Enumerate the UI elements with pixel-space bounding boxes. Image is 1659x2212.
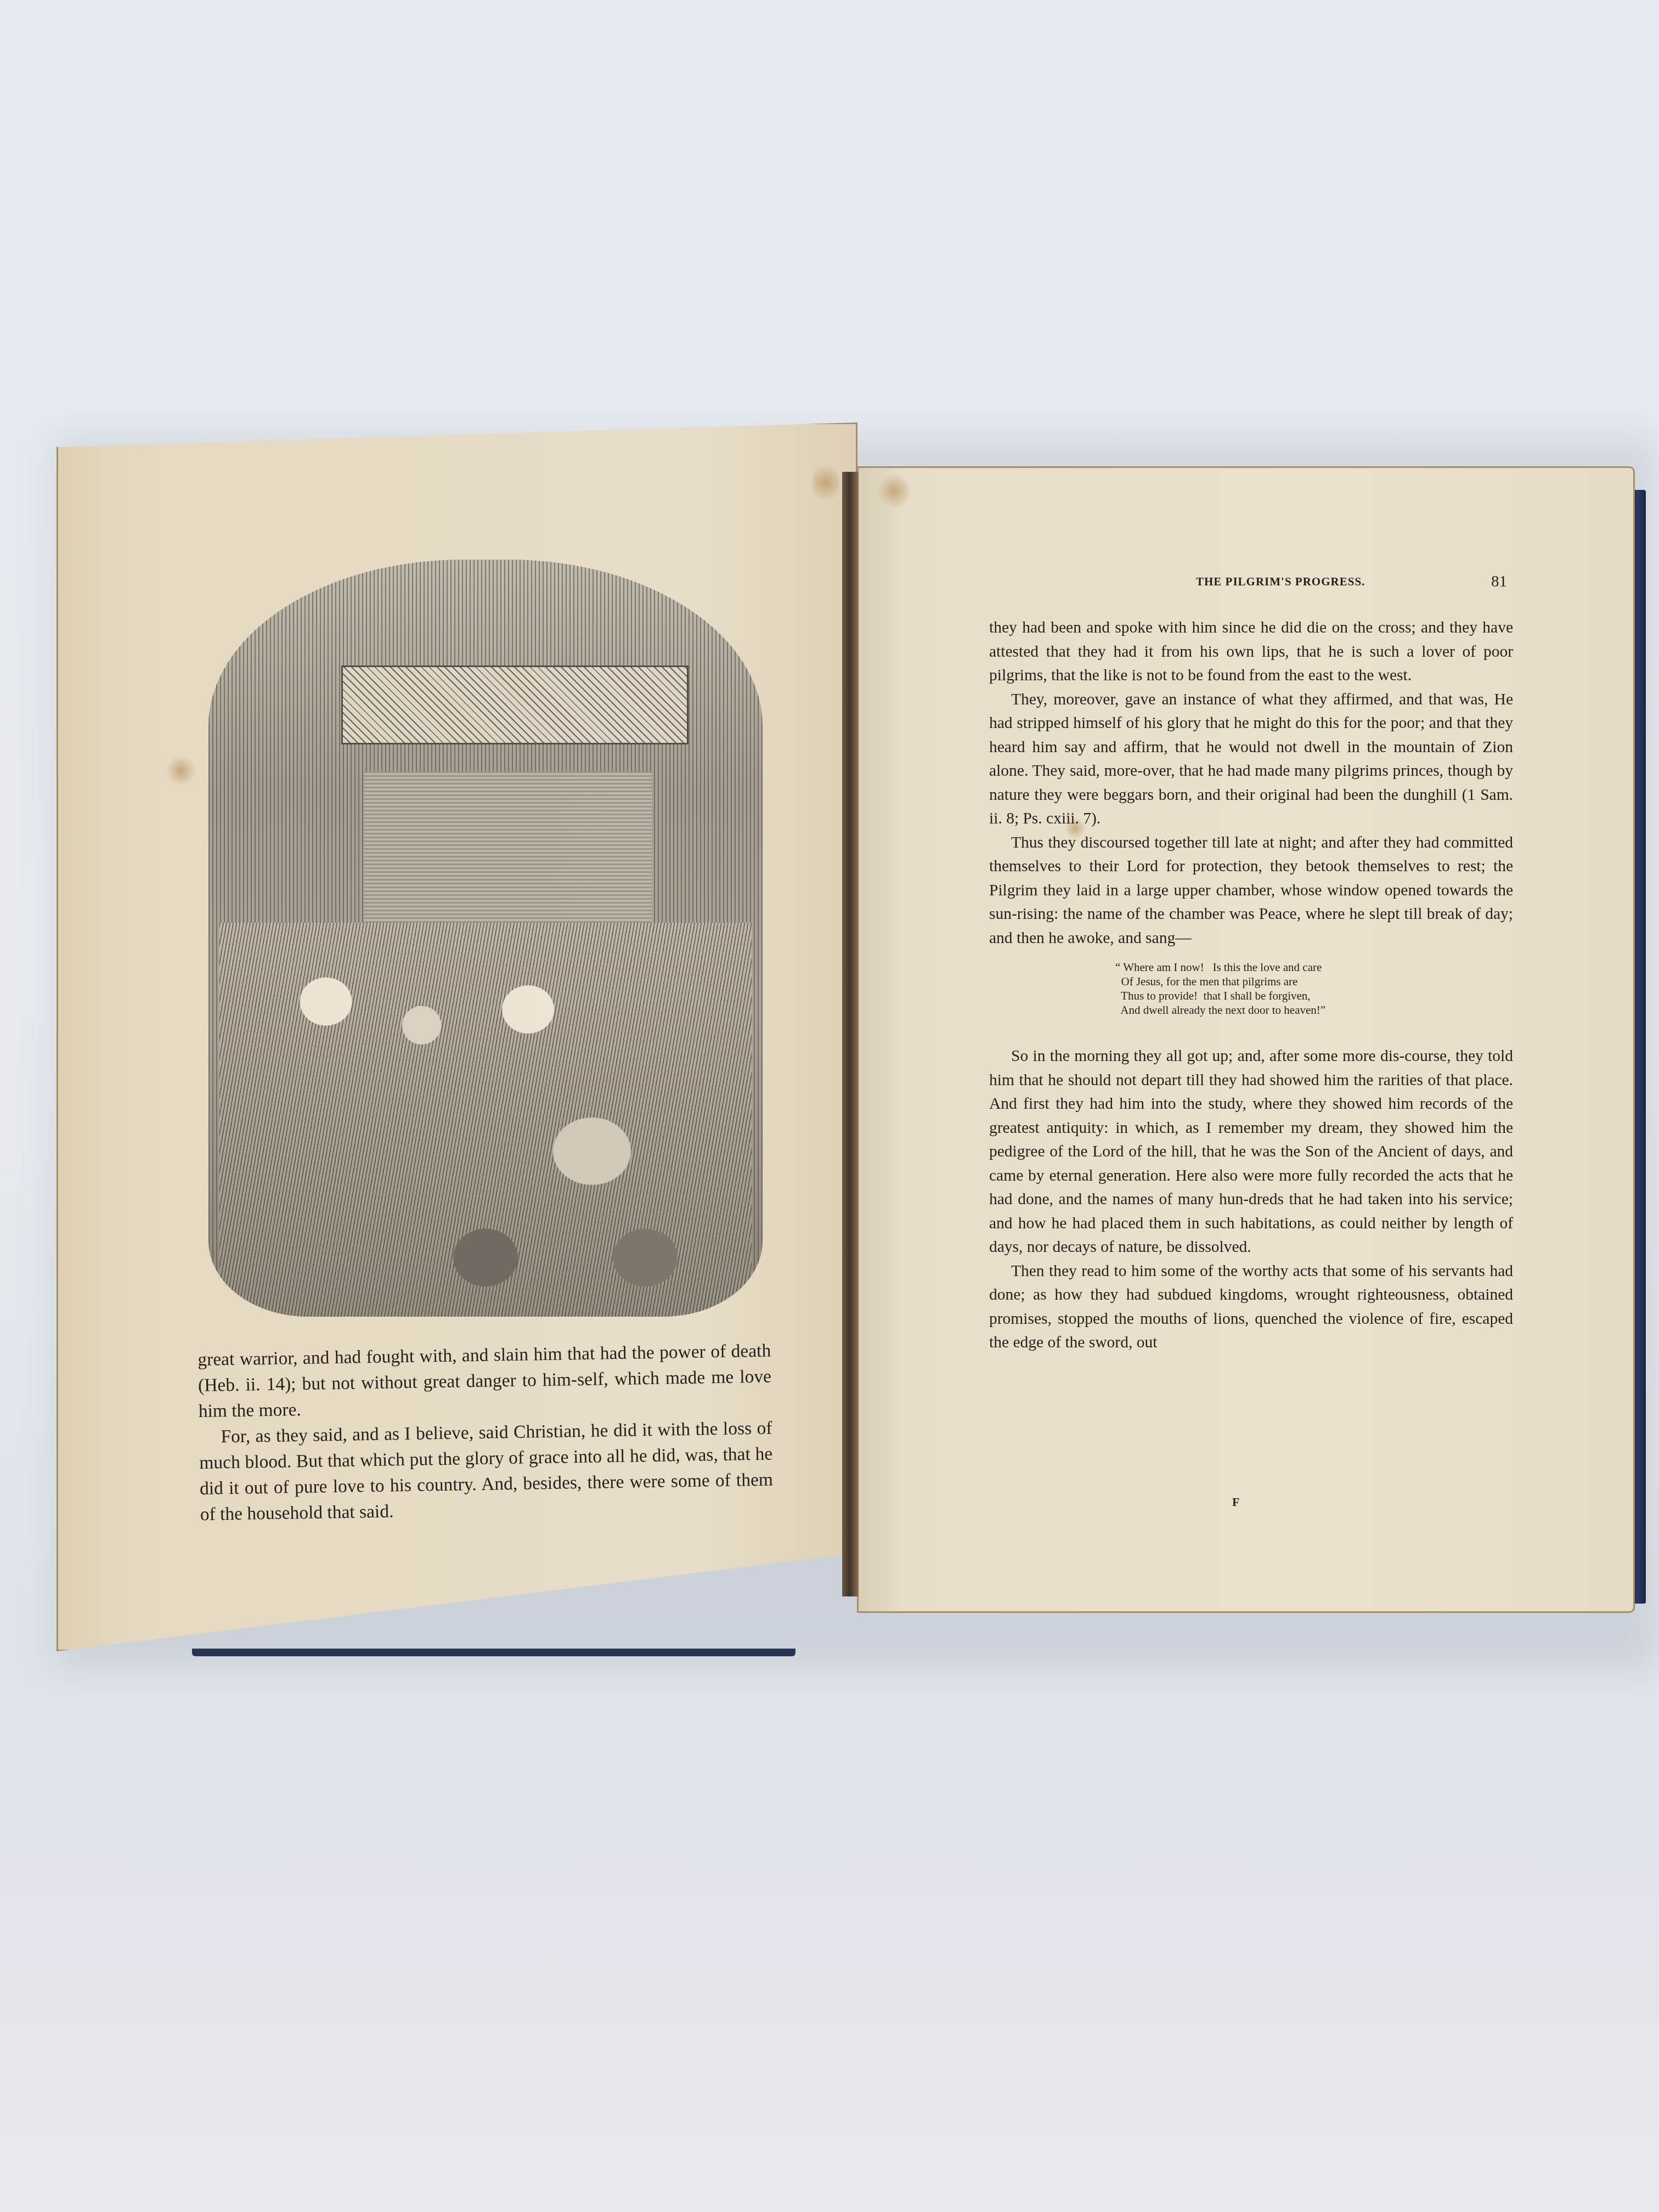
verse-line: And dwell already the next door to heave… (1115, 1003, 1513, 1017)
paragraph: Thus they discoursed together till late … (989, 831, 1513, 951)
paragraph: they had been and spoke with him since h… (989, 616, 1513, 688)
paragraph: They, moreover, gave an instance of what… (989, 688, 1513, 831)
paragraph: For, as they said, and as I believe, sai… (199, 1415, 774, 1527)
signature-mark: F (1232, 1495, 1239, 1509)
running-head: THE PILGRIM'S PROGRESS. (1196, 575, 1365, 589)
foxing-stain (165, 757, 198, 785)
illustration-balcony (341, 665, 688, 744)
foxing-stain (812, 461, 839, 505)
left-page-body: great warrior, and had fought with, and … (198, 1338, 774, 1527)
engraving-feast-scene-icon (208, 560, 763, 1317)
illustration-banquet-figures (219, 923, 752, 1317)
foxing-stain (878, 472, 911, 510)
verse-line: Thus to provide! that I shall be forgive… (1115, 989, 1513, 1003)
book-cover-bottom-edge (192, 1649, 795, 1656)
paragraph: So in the morning they all got up; and, … (989, 1045, 1513, 1260)
page-number: 81 (1491, 573, 1507, 591)
verse-line: “ Where am I now! Is this the love and c… (1115, 960, 1513, 974)
right-page-body: they had been and spoke with him since h… (989, 616, 1513, 1355)
paragraph: great warrior, and had fought with, and … (198, 1338, 772, 1424)
verse-block: “ Where am I now! Is this the love and c… (989, 960, 1513, 1017)
book-gutter (842, 472, 859, 1596)
verse-line: Of Jesus, for the men that pilgrims are (1115, 974, 1513, 989)
paragraph: Then they read to him some of the worthy… (989, 1260, 1513, 1355)
